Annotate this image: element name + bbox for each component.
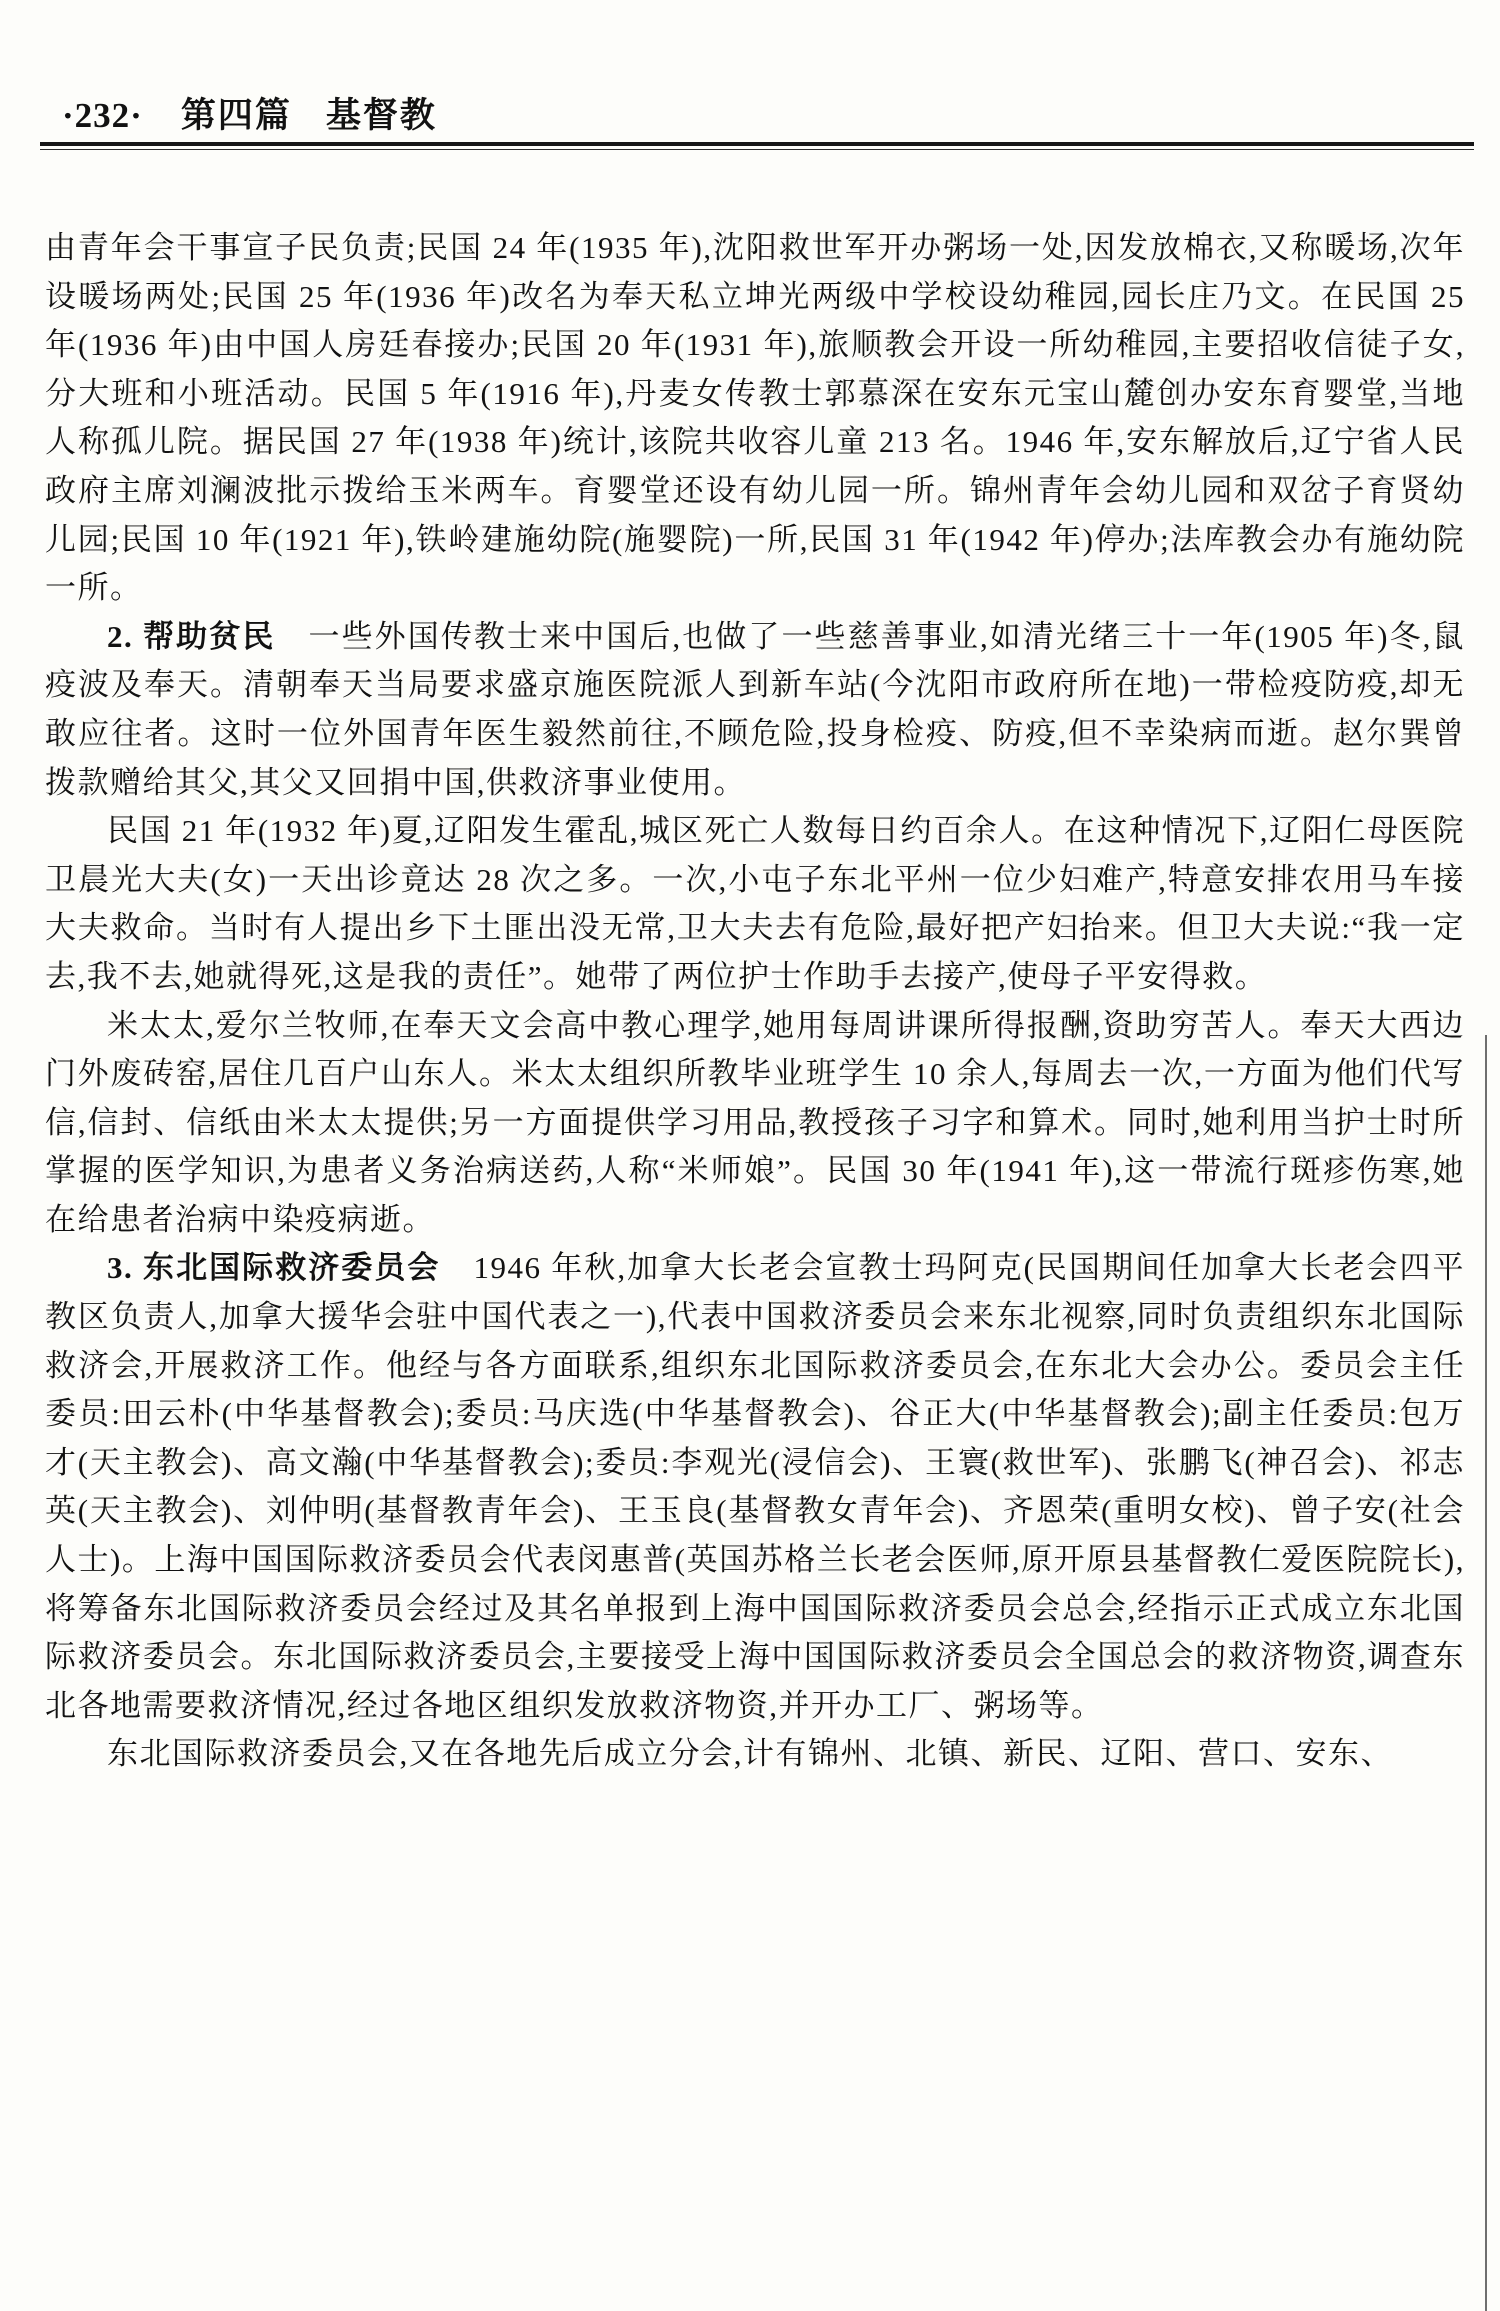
page-edge-line: [1485, 1035, 1487, 2311]
paragraph-lead: 3. 东北国际救济委员会: [107, 1250, 440, 1285]
paragraph: 东北国际救济委员会,又在各地先后成立分会,计有锦州、北镇、新民、辽阳、营口、安东…: [45, 1730, 1465, 1779]
paragraph: 米太太,爱尔兰牧师,在奉天文会高中教心理学,她用每周讲课所得报酬,资助穷苦人。奉…: [45, 1002, 1465, 1245]
page-number: ·232·: [62, 96, 143, 135]
part-label: 第四篇: [181, 96, 292, 135]
header-rule: [40, 142, 1474, 150]
chapter-title: 基督教: [326, 96, 437, 135]
paragraph: 2. 帮助贫民 一些外国传教士来中国后,也做了一些慈善事业,如清光绪三十一年(1…: [45, 613, 1465, 807]
body-text: 由青年会干事宣子民负责;民国 24 年(1935 年),沈阳救世军开办粥场一处,…: [45, 224, 1465, 1779]
paragraph: 3. 东北国际救济委员会 1946 年秋,加拿大长老会宣教士玛阿克(民国期间任加…: [45, 1244, 1465, 1730]
paragraph: 由青年会干事宣子民负责;民国 24 年(1935 年),沈阳救世军开办粥场一处,…: [45, 224, 1465, 613]
running-head: ·232·第四篇基督教: [62, 88, 437, 138]
book-page: ·232·第四篇基督教 由青年会干事宣子民负责;民国 24 年(1935 年),…: [0, 0, 1500, 2311]
paragraph-lead: 2. 帮助贫民: [107, 619, 275, 654]
paragraph: 民国 21 年(1932 年)夏,辽阳发生霍乱,城区死亡人数每日约百余人。在这种…: [45, 807, 1465, 1001]
